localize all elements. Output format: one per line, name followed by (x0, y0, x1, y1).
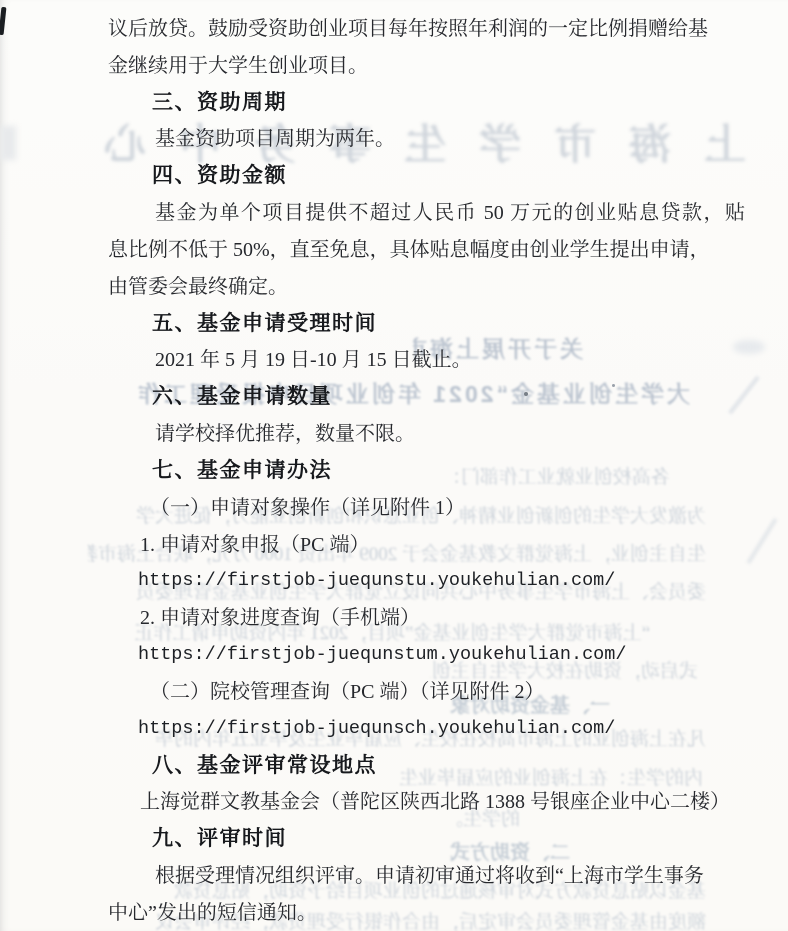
scanned-notice-page: 上海市学生事务中心 关于开展上海市觉群 大学生创业基金“2021 年创业项目申报… (0, 0, 788, 931)
heading-application-period: 五、基金申请受理时间 (0, 306, 788, 343)
doc-line: 基金资助项目周期为两年。 (0, 121, 788, 158)
heading-review-location: 八、基金评审常设地点 (0, 748, 788, 785)
heading-application-method: 七、基金申请办法 (0, 453, 788, 490)
doc-line: （二）院校管理查询（PC 端）（详见附件 2） (0, 674, 788, 711)
review-address: 上海觉群文教基金会（普陀区陕西北路 1388 号银座企业中心二楼） (0, 784, 788, 821)
doc-line: 2. 申请对象进度查询（手机端） (0, 600, 788, 637)
doc-line: （一）申请对象操作（详见附件 1） (0, 490, 788, 527)
doc-line: 请学校择优推荐，数量不限。 (0, 416, 788, 453)
url-student-mobile: https://firstjob-juequnstum.youkehulian.… (0, 637, 788, 674)
scan-artifact-dot (524, 392, 528, 396)
doc-line: 议后放贷。鼓励受资助创业项目每年按照年利润的一定比例捐赠给基 (0, 11, 788, 48)
url-school-admin: https://firstjob-juequnsch.youkehulian.c… (0, 711, 788, 748)
doc-line: 根据受理情况组织评审。申请初审通过将收到“上海市学生事务 (0, 858, 788, 895)
heading-funding-amount: 四、资助金额 (0, 158, 788, 195)
document-text: 议后放贷。鼓励受资助创业项目每年按照年利润的一定比例捐赠给基 金继续用于大学生创… (0, 0, 788, 931)
heading-funding-period: 三、资助周期 (0, 85, 788, 122)
heading-review-time: 九、评审时间 (0, 821, 788, 858)
doc-line: 由管委会最终确定。 (0, 269, 788, 306)
url-student-pc: https://firstjob-juequnstu.youkehulian.c… (0, 563, 788, 600)
doc-line: 中心”发出的短信通知。 (0, 895, 788, 931)
scan-artifact-dot (612, 384, 615, 387)
doc-line: 基金为单个项目提供不超过人民币 50 万元的创业贴息贷款，贴 (0, 195, 788, 232)
application-deadline: 2021 年 5 月 19 日-10 月 15 日截止。 (0, 342, 788, 379)
doc-line: 1. 申请对象申报（PC 端） (0, 527, 788, 564)
heading-application-quantity: 六、基金申请数量 (0, 379, 788, 416)
doc-line: 金继续用于大学生创业项目。 (0, 48, 788, 85)
doc-line: 息比例不低于 50%，直至免息，具体贴息幅度由创业学生提出申请， (0, 232, 788, 269)
